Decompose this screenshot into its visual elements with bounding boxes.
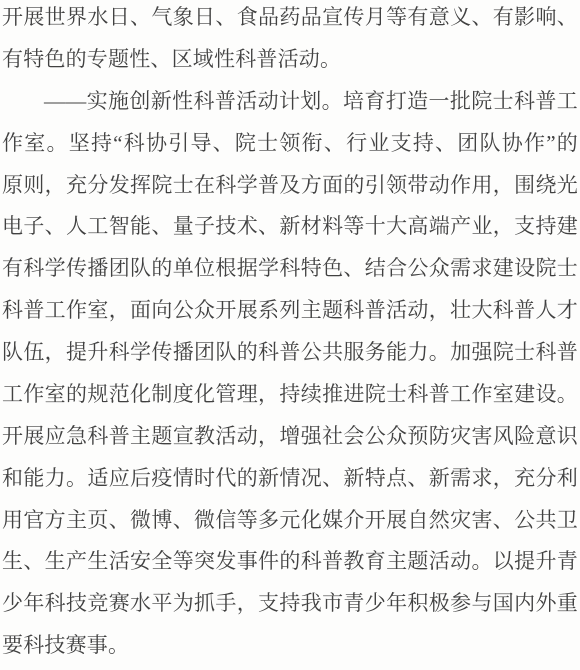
document-page: 开展世界水日、气象日、食品药品宣传月等有意义、有影响、有特色的专题性、区域性科普… (0, 0, 580, 667)
text-line: 工作室的规范化制度化管理，持续推进院士科普工作室建设。 (2, 374, 578, 416)
text-line: 电子、人工智能、量子技术、新材料等十大高端产业，支持建 (2, 206, 578, 248)
text-line: 和能力。适应后疫情时代的新情况、新特点、新需求，充分利 (2, 458, 578, 500)
text-line: 生、生产生活安全等突发事件的科普教育主题活动。以提升青 (2, 541, 578, 583)
text-line: 用官方主页、微博、微信等多元化媒介开展自然灾害、公共卫 (2, 500, 578, 542)
text-line: 作室。坚持“科协引导、院士领衔、行业支持、团队协作”的 (2, 123, 578, 165)
text-line: 原则，充分发挥院士在科学普及方面的引领带动作用，围绕光 (2, 165, 578, 207)
text-line: 开展应急科普主题宣教活动，增强社会公众预防灾害风险意识 (2, 416, 578, 458)
text-line: 开展世界水日、气象日、食品药品宣传月等有意义、有影响、 (2, 0, 578, 39)
text-line: 少年科技竞赛水平为抓手，支持我市青少年积极参与国内外重 (2, 583, 578, 625)
text-line: 要科技赛事。 (2, 625, 578, 667)
text-line: 有特色的专题性、区域性科普活动。 (2, 39, 578, 81)
text-line: 有科学传播团队的单位根据学科特色、结合公众需求建设院士 (2, 248, 578, 290)
text-line: ——实施创新性科普活动计划。培育打造一批院士科普工 (2, 81, 578, 123)
text-line: 队伍，提升科学传播团队的科普公共服务能力。加强院士科普 (2, 332, 578, 374)
text-line: 科普工作室，面向公众开展系列主题科普活动，壮大科普人才 (2, 290, 578, 332)
